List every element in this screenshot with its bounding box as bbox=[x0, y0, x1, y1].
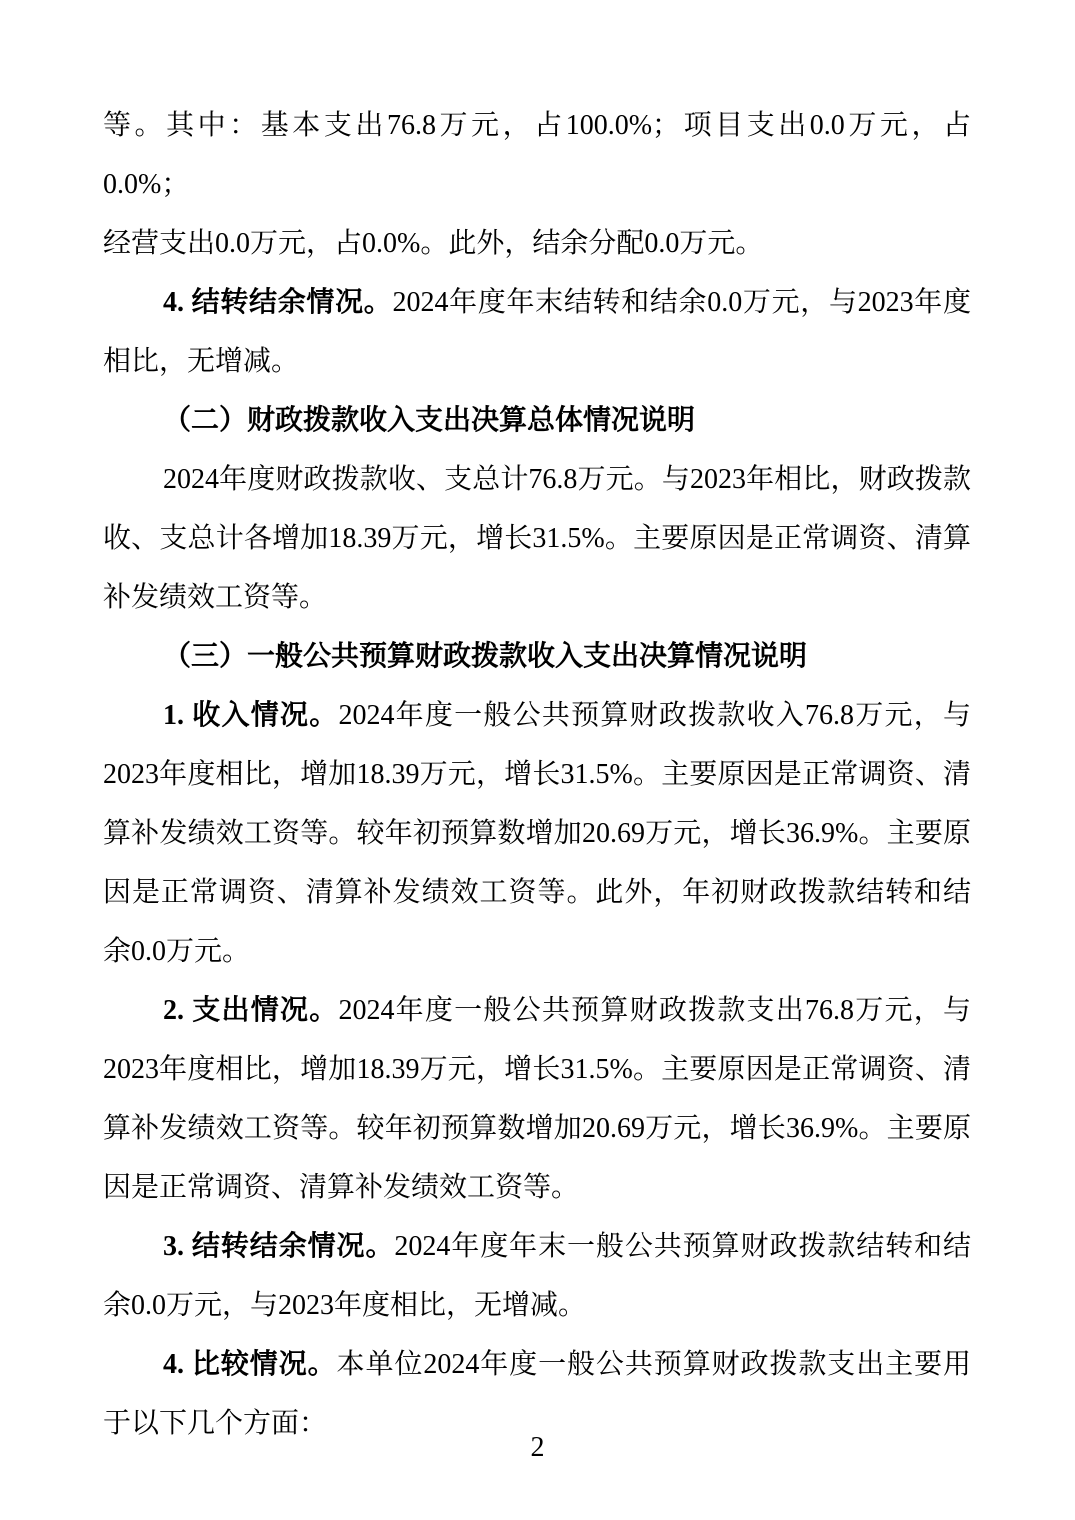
text-run: 算补发绩效工资等。较年初预算数增加20.69万元，增长36.9%。主要原 bbox=[103, 818, 971, 849]
text-run: 算补发绩效工资等。较年初预算数增加20.69万元，增长36.9%。主要原 bbox=[103, 1113, 971, 1144]
text-run: 补发绩效工资等。 bbox=[103, 582, 327, 613]
text-run: 相比，无增减。 bbox=[103, 346, 299, 377]
text-line: 2. 支出情况。2024年度一般公共预算财政拨款支出76.8万元，与 bbox=[103, 981, 971, 1040]
text-run: 2024年度财政拨款收、支总计76.8万元。与2023年相比，财政拨款 bbox=[163, 464, 971, 495]
para-income-situation: 1. 收入情况。2024年度一般公共预算财政拨款收入76.8万元，与2023年度… bbox=[103, 686, 971, 981]
text-run: 2024年度年末结转和结余0.0万元，与2023年度 bbox=[392, 287, 971, 318]
para-expenditure-breakdown-continued: 等。其中：基本支出76.8万元，占100.0%；项目支出0.0万元，占0.0%；… bbox=[103, 96, 971, 273]
text-line: 等。其中：基本支出76.8万元，占100.0%；项目支出0.0万元，占0.0%； bbox=[103, 96, 971, 214]
text-line: 余0.0万元。 bbox=[103, 922, 971, 981]
para-fiscal-appropriation-total: 2024年度财政拨款收、支总计76.8万元。与2023年相比，财政拨款收、支总计… bbox=[103, 450, 971, 627]
document-body: 等。其中：基本支出76.8万元，占100.0%；项目支出0.0万元，占0.0%；… bbox=[103, 96, 971, 1453]
text-run: 余0.0万元，与2023年度相比，无增减。 bbox=[103, 1290, 586, 1321]
text-run: 2024年度一般公共预算财政拨款收入76.8万元，与 bbox=[338, 700, 971, 731]
text-line: 经营支出0.0万元，占0.0%。此外，结余分配0.0万元。 bbox=[103, 214, 971, 273]
text-line: 余0.0万元，与2023年度相比，无增减。 bbox=[103, 1276, 971, 1335]
para-carryover-general-budget: 3. 结转结余情况。2024年度年末一般公共预算财政拨款结转和结余0.0万元，与… bbox=[103, 1217, 971, 1335]
run-in-heading: 3. 结转结余情况。 bbox=[163, 1231, 394, 1262]
text-line: 2023年度相比，增加18.39万元，增长31.5%。主要原因是正常调资、清 bbox=[103, 1040, 971, 1099]
text-line: 相比，无增减。 bbox=[103, 332, 971, 391]
text-line: 补发绩效工资等。 bbox=[103, 568, 971, 627]
text-run: 因是正常调资、清算补发绩效工资等。此外，年初财政拨款结转和结 bbox=[103, 877, 971, 908]
text-run: 等。其中：基本支出76.8万元，占100.0%；项目支出0.0万元，占0.0%； bbox=[103, 110, 971, 200]
text-line: 1. 收入情况。2024年度一般公共预算财政拨款收入76.8万元，与 bbox=[103, 686, 971, 745]
document-page: 等。其中：基本支出76.8万元，占100.0%；项目支出0.0万元，占0.0%；… bbox=[0, 0, 1075, 1520]
text-line: 因是正常调资、清算补发绩效工资等。此外，年初财政拨款结转和结 bbox=[103, 863, 971, 922]
text-line: 2023年度相比，增加18.39万元，增长31.5%。主要原因是正常调资、清 bbox=[103, 745, 971, 804]
heading-section-three: （三）一般公共预算财政拨款收入支出决算情况说明 bbox=[103, 627, 971, 686]
text-line: （三）一般公共预算财政拨款收入支出决算情况说明 bbox=[103, 627, 971, 686]
run-in-heading: （三）一般公共预算财政拨款收入支出决算情况说明 bbox=[163, 641, 807, 672]
run-in-heading: 4. 结转结余情况。 bbox=[163, 287, 392, 318]
text-run: 2024年度一般公共预算财政拨款支出76.8万元，与 bbox=[338, 995, 971, 1026]
text-run: 2024年度年末一般公共预算财政拨款结转和结 bbox=[394, 1231, 971, 1262]
run-in-heading: 1. 收入情况。 bbox=[163, 700, 338, 731]
text-line: 算补发绩效工资等。较年初预算数增加20.69万元，增长36.9%。主要原 bbox=[103, 1099, 971, 1158]
text-run: 本单位2024年度一般公共预算财政拨款支出主要用 bbox=[337, 1349, 971, 1380]
text-line: 算补发绩效工资等。较年初预算数增加20.69万元，增长36.9%。主要原 bbox=[103, 804, 971, 863]
text-run: 2023年度相比，增加18.39万元，增长31.5%。主要原因是正常调资、清 bbox=[103, 759, 971, 790]
text-line: （二）财政拨款收入支出决算总体情况说明 bbox=[103, 391, 971, 450]
run-in-heading: 4. 比较情况。 bbox=[163, 1349, 337, 1380]
para-carryover-surplus: 4. 结转结余情况。2024年度年末结转和结余0.0万元，与2023年度相比，无… bbox=[103, 273, 971, 391]
text-run: 因是正常调资、清算补发绩效工资等。 bbox=[103, 1172, 579, 1203]
text-line: 4. 比较情况。本单位2024年度一般公共预算财政拨款支出主要用 bbox=[103, 1335, 971, 1394]
text-line: 收、支总计各增加18.39万元，增长31.5%。主要原因是正常调资、清算 bbox=[103, 509, 971, 568]
text-run: 余0.0万元。 bbox=[103, 936, 250, 967]
run-in-heading: 2. 支出情况。 bbox=[163, 995, 338, 1026]
text-line: 4. 结转结余情况。2024年度年末结转和结余0.0万元，与2023年度 bbox=[103, 273, 971, 332]
text-run: 收、支总计各增加18.39万元，增长31.5%。主要原因是正常调资、清算 bbox=[103, 523, 971, 554]
text-run: 2023年度相比，增加18.39万元，增长31.5%。主要原因是正常调资、清 bbox=[103, 1054, 971, 1085]
text-line: 因是正常调资、清算补发绩效工资等。 bbox=[103, 1158, 971, 1217]
text-run: 经营支出0.0万元，占0.0%。此外，结余分配0.0万元。 bbox=[103, 228, 763, 259]
heading-section-two: （二）财政拨款收入支出决算总体情况说明 bbox=[103, 391, 971, 450]
text-line: 3. 结转结余情况。2024年度年末一般公共预算财政拨款结转和结 bbox=[103, 1217, 971, 1276]
para-expenditure-situation: 2. 支出情况。2024年度一般公共预算财政拨款支出76.8万元，与2023年度… bbox=[103, 981, 971, 1217]
text-line: 2024年度财政拨款收、支总计76.8万元。与2023年相比，财政拨款 bbox=[103, 450, 971, 509]
page-number: 2 bbox=[0, 1428, 1075, 1468]
run-in-heading: （二）财政拨款收入支出决算总体情况说明 bbox=[163, 405, 695, 436]
